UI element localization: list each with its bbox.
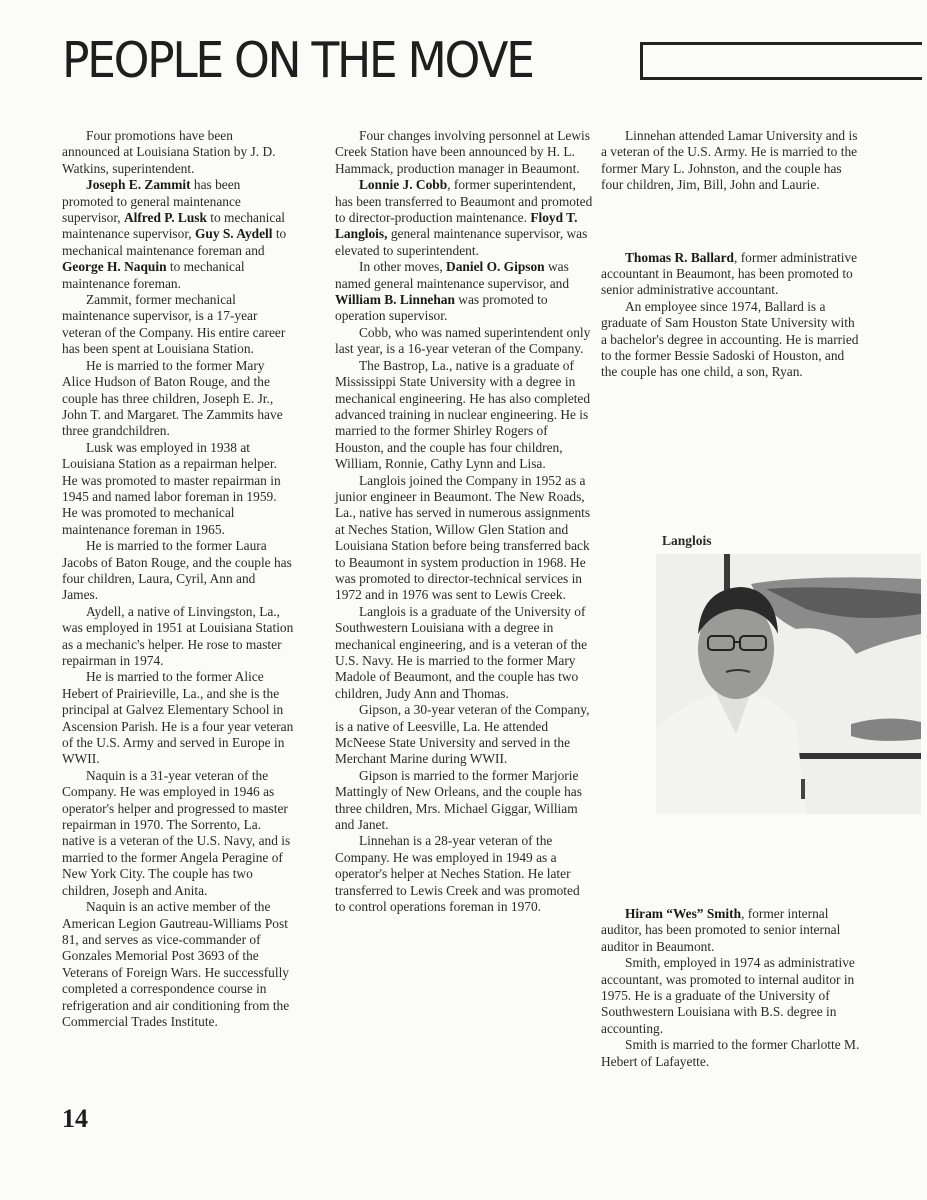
- page-number: 14: [62, 1104, 88, 1134]
- paragraph: Lusk was employed in 1938 at Louisiana S…: [62, 440, 294, 538]
- paragraph: Aydell, a native of Linvingston, La., wa…: [62, 604, 294, 670]
- paragraph: Smith is married to the former Charlotte…: [601, 1037, 861, 1070]
- article-smith: Hiram “Wes” Smith, former internal audit…: [601, 906, 861, 1070]
- photo-caption: Langlois: [662, 533, 712, 549]
- article-column-right: Linnehan attended Lamar University and i…: [601, 128, 861, 381]
- paragraph: Langlois joined the Company in 1952 as a…: [335, 473, 593, 604]
- paragraph: An employee since 1974, Ballard is a gra…: [601, 299, 861, 381]
- paragraph: Langlois is a graduate of the University…: [335, 604, 593, 702]
- paragraph-promotions: Joseph E. Zammit has been promoted to ge…: [62, 177, 294, 292]
- portrait-photo-langlois: [656, 554, 921, 814]
- paragraph-ballard: Thomas R. Ballard, former administrative…: [601, 250, 861, 299]
- paragraph: Four changes involving personnel at Lewi…: [335, 128, 593, 177]
- paragraph: Gipson is married to the former Marjorie…: [335, 768, 593, 834]
- article-column-louisiana-station: Four promotions have been announced at L…: [62, 128, 294, 1030]
- person-name: Thomas R. Ballard: [625, 250, 734, 265]
- paragraph: Naquin is a 31-year veteran of the Compa…: [62, 768, 294, 899]
- paragraph: The Bastrop, La., native is a graduate o…: [335, 358, 593, 473]
- person-name: Daniel O. Gipson: [446, 259, 545, 274]
- portrait-photo-illustration: [656, 554, 921, 814]
- paragraph: Gipson, a 30-year veteran of the Company…: [335, 702, 593, 768]
- person-name: Alfred P. Lusk: [124, 210, 207, 225]
- paragraph: He is married to the former Alice Hebert…: [62, 669, 294, 767]
- paragraph: Cobb, who was named superintendent only …: [335, 325, 593, 358]
- person-name: William B. Linnehan: [335, 292, 455, 307]
- page-title: PEOPLE ON THE MOVE: [62, 36, 533, 86]
- paragraph-other-moves: In other moves, Daniel O. Gipson was nam…: [335, 259, 593, 325]
- paragraph: He is married to the former Laura Jacobs…: [62, 538, 294, 604]
- person-name: Hiram “Wes” Smith: [625, 906, 741, 921]
- title-rule-box: [640, 42, 922, 80]
- paragraph: He is married to the former Mary Alice H…: [62, 358, 294, 440]
- paragraph: Smith, employed in 1974 as administrativ…: [601, 955, 861, 1037]
- paragraph: Linnehan is a 28-year veteran of the Com…: [335, 833, 593, 915]
- paragraph-smith: Hiram “Wes” Smith, former internal audit…: [601, 906, 861, 955]
- paragraph: Naquin is an active member of the Americ…: [62, 899, 294, 1030]
- paragraph: Linnehan attended Lamar University and i…: [601, 128, 861, 194]
- person-name: Lonnie J. Cobb: [359, 177, 447, 192]
- person-name: Joseph E. Zammit: [86, 177, 191, 192]
- paragraph-changes: Lonnie J. Cobb, former superintendent, h…: [335, 177, 593, 259]
- article-column-lewis-creek-station: Four changes involving personnel at Lewi…: [335, 128, 593, 916]
- person-name: George H. Naquin: [62, 259, 167, 274]
- person-name: Guy S. Aydell: [195, 226, 273, 241]
- paragraph: Zammit, former mechanical maintenance su…: [62, 292, 294, 358]
- paragraph: Four promotions have been announced at L…: [62, 128, 294, 177]
